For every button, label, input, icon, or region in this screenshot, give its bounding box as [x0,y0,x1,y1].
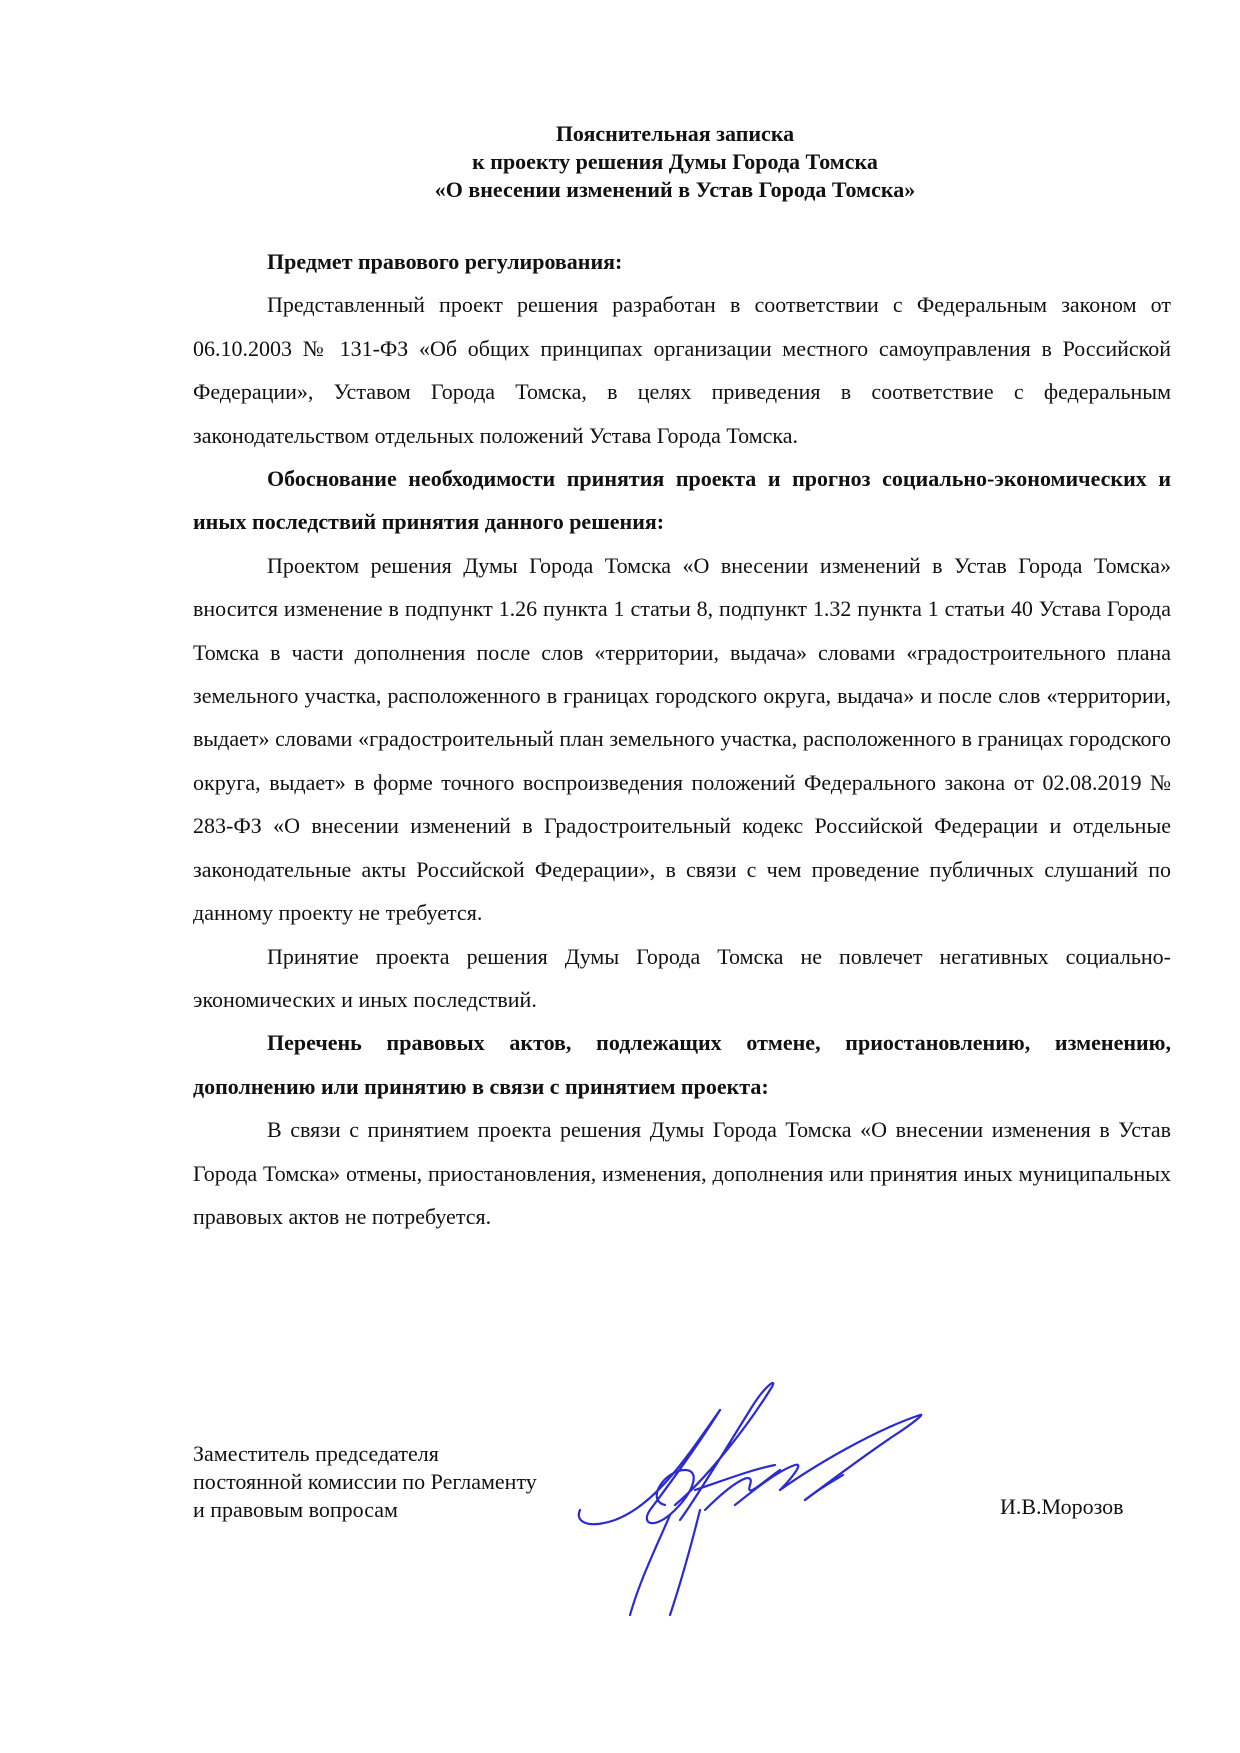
signatory-name: И.В.Морозов [1000,1494,1124,1520]
title-line-2: к проекту решения Думы Города Томска [110,148,1240,176]
section-paragraph: Принятие проекта решения Думы Города Том… [193,935,1171,1022]
position-line-1: Заместитель председателя [193,1440,537,1468]
document-title: Пояснительная записка к проекту решения … [0,120,1240,204]
section-paragraph: Проектом решения Думы Города Томска «О в… [193,544,1171,935]
section-heading-subject: Предмет правового регулирования: [193,240,1171,283]
section-heading-justification: Обоснование необходимости принятия проек… [193,457,1171,544]
document-page: Пояснительная записка к проекту решения … [0,0,1240,1753]
section-paragraph: В связи с принятием проекта решения Думы… [193,1108,1171,1238]
title-line-3: «О внесении изменений в Устав Города Том… [110,176,1240,204]
document-body: Предмет правового регулирования: Предста… [193,240,1171,1238]
section-heading-acts-list: Перечень правовых актов, подлежащих отме… [193,1021,1171,1108]
position-line-3: и правовым вопросам [193,1496,537,1524]
handwritten-signature-icon [575,1370,995,1620]
title-line-1: Пояснительная записка [110,120,1240,148]
section-paragraph: Представленный проект решения разработан… [193,283,1171,457]
position-line-2: постоянной комиссии по Регламенту [193,1468,537,1496]
signatory-position: Заместитель председателя постоянной коми… [193,1440,537,1524]
